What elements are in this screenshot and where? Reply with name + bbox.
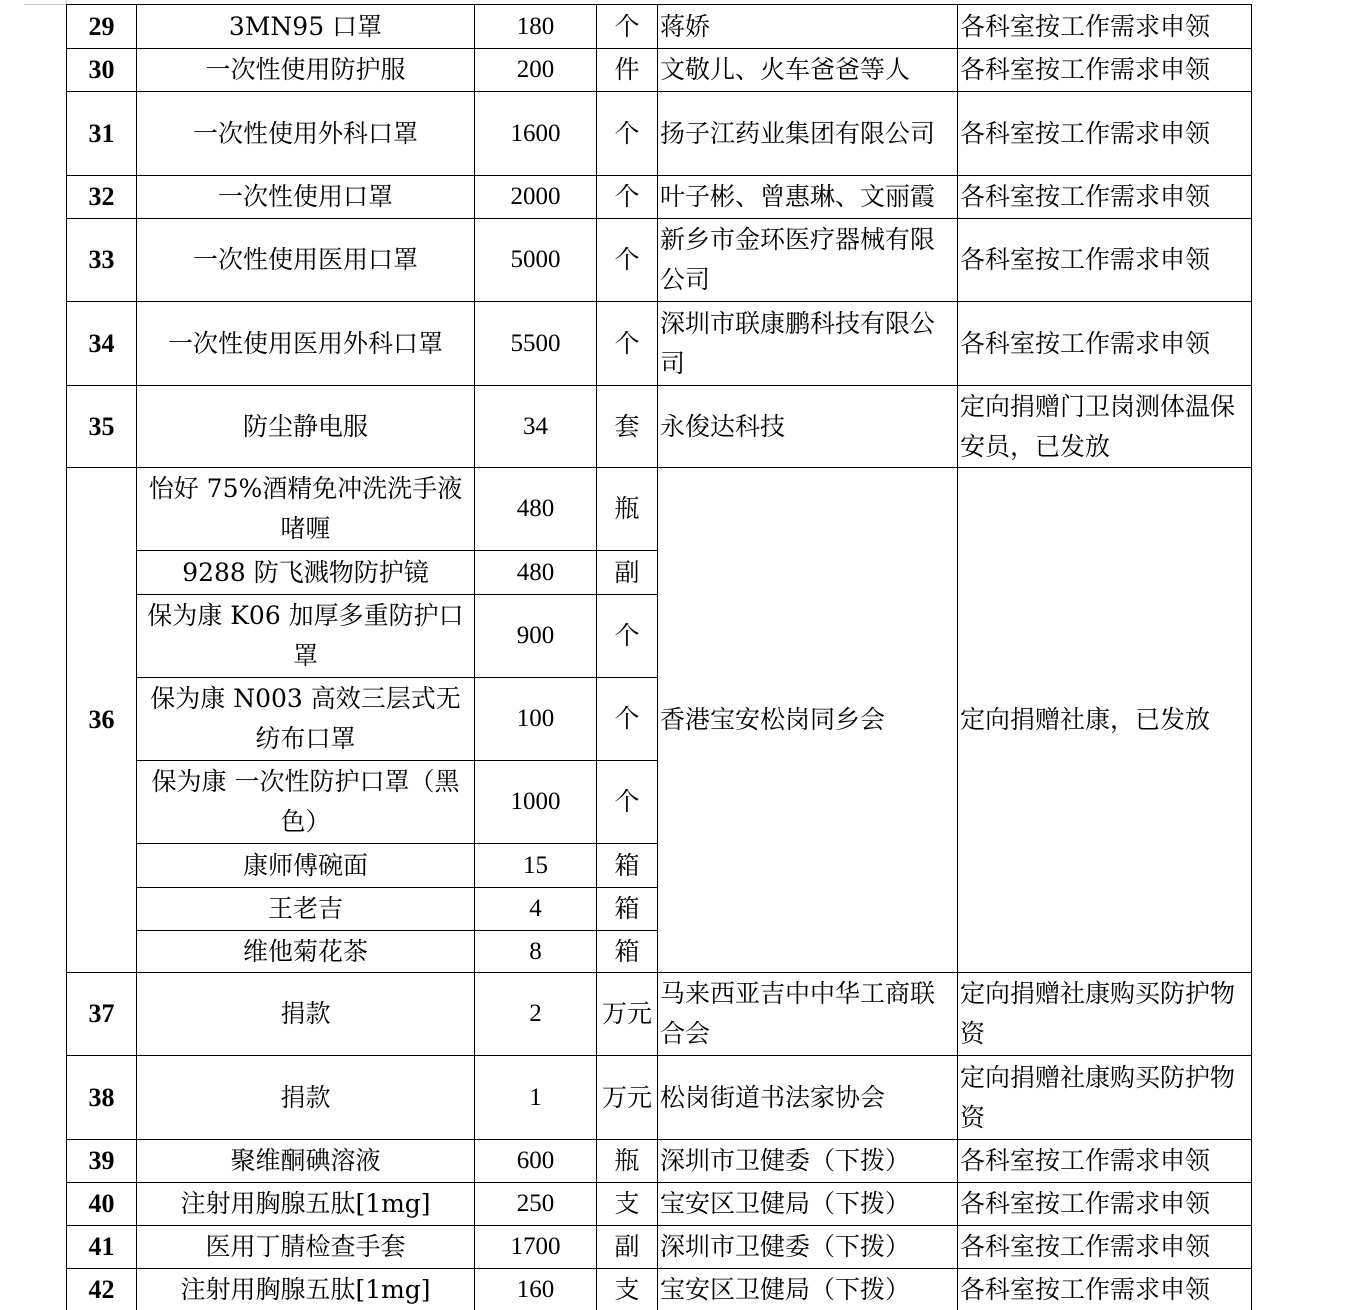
quantity: 1600 xyxy=(475,92,597,176)
unit: 个 xyxy=(597,595,658,678)
unit: 个 xyxy=(597,678,658,761)
donor: 扬子江药业集团有限公司 xyxy=(658,92,958,176)
note: 各科室按工作需求申领 xyxy=(958,1226,1252,1269)
donor: 马来西亚吉中中华工商联合会 xyxy=(658,973,958,1056)
row-number: 41 xyxy=(67,1226,137,1269)
note: 各科室按工作需求申领 xyxy=(958,49,1252,92)
table-row: 42 注射用胸腺五肽[1mg] 160 支 宝安区卫健局（下拨） 各科室按工作需… xyxy=(67,1269,1252,1310)
item-name: 3MN95 口罩 xyxy=(137,5,475,49)
item-name: 康师傅碗面 xyxy=(137,844,475,888)
quantity: 900 xyxy=(475,595,597,678)
note: 定向捐赠社康，已发放 xyxy=(958,468,1252,973)
row-number: 32 xyxy=(67,176,137,219)
donor: 松岗街道书法家协会 xyxy=(658,1056,958,1140)
note: 定向捐赠社康购买防护物资 xyxy=(958,973,1252,1056)
quantity: 8 xyxy=(475,931,597,973)
row-number: 42 xyxy=(67,1269,137,1310)
item-name: 一次性使用口罩 xyxy=(137,176,475,219)
table-row: 36 怡好 75%酒精免冲洗洗手液啫喱 480 瓶 香港宝安松岗同乡会 定向捐赠… xyxy=(67,468,1252,551)
item-name: 保为康 N003 高效三层式无纺布口罩 xyxy=(137,678,475,761)
donor: 深圳市卫健委（下拨） xyxy=(658,1226,958,1269)
item-name: 保为康 一次性防护口罩（黑色） xyxy=(137,761,475,844)
quantity: 4 xyxy=(475,888,597,931)
donor: 深圳市卫健委（下拨） xyxy=(658,1140,958,1183)
note: 各科室按工作需求申领 xyxy=(958,176,1252,219)
item-name: 一次性使用医用外科口罩 xyxy=(137,302,475,386)
unit: 支 xyxy=(597,1269,658,1310)
unit: 箱 xyxy=(597,888,658,931)
note: 各科室按工作需求申领 xyxy=(958,92,1252,176)
donor: 永俊达科技 xyxy=(658,386,958,468)
table-row: 33 一次性使用医用口罩 5000 个 新乡市金环医疗器械有限公司 各科室按工作… xyxy=(67,219,1252,302)
unit: 副 xyxy=(597,1226,658,1269)
item-name: 9288 防飞溅物防护镜 xyxy=(137,551,475,595)
table-row: 30 一次性使用防护服 200 件 文敬儿、火车爸爸等人 各科室按工作需求申领 xyxy=(67,49,1252,92)
unit: 箱 xyxy=(597,931,658,973)
item-name: 医用丁腈检查手套 xyxy=(137,1226,475,1269)
unit: 个 xyxy=(597,176,658,219)
item-name: 怡好 75%酒精免冲洗洗手液啫喱 xyxy=(137,468,475,551)
donation-table: 29 3MN95 口罩 180 个 蒋娇 各科室按工作需求申领 30 一次性使用… xyxy=(66,4,1252,1310)
quantity: 2000 xyxy=(475,176,597,219)
quantity: 250 xyxy=(475,1183,597,1226)
note: 定向捐赠门卫岗测体温保安员，已发放 xyxy=(958,386,1252,468)
unit: 套 xyxy=(597,386,658,468)
table-row: 40 注射用胸腺五肽[1mg] 250 支 宝安区卫健局（下拨） 各科室按工作需… xyxy=(67,1183,1252,1226)
item-name: 捐款 xyxy=(137,1056,475,1140)
unit: 瓶 xyxy=(597,468,658,551)
item-name: 注射用胸腺五肽[1mg] xyxy=(137,1269,475,1310)
quantity: 15 xyxy=(475,844,597,888)
unit: 副 xyxy=(597,551,658,595)
table-row: 29 3MN95 口罩 180 个 蒋娇 各科室按工作需求申领 xyxy=(67,5,1252,49)
note: 各科室按工作需求申领 xyxy=(958,1183,1252,1226)
row-number: 29 xyxy=(67,5,137,49)
unit: 个 xyxy=(597,5,658,49)
item-name: 捐款 xyxy=(137,973,475,1056)
note: 各科室按工作需求申领 xyxy=(958,1140,1252,1183)
quantity: 34 xyxy=(475,386,597,468)
page-corner-mark xyxy=(24,4,66,5)
table-row: 31 一次性使用外科口罩 1600 个 扬子江药业集团有限公司 各科室按工作需求… xyxy=(67,92,1252,176)
unit: 箱 xyxy=(597,844,658,888)
item-name: 聚维酮碘溶液 xyxy=(137,1140,475,1183)
donor: 蒋娇 xyxy=(658,5,958,49)
unit: 支 xyxy=(597,1183,658,1226)
donor: 文敬儿、火车爸爸等人 xyxy=(658,49,958,92)
item-name: 王老吉 xyxy=(137,888,475,931)
row-number: 35 xyxy=(67,386,137,468)
item-name: 保为康 K06 加厚多重防护口罩 xyxy=(137,595,475,678)
row-number: 36 xyxy=(67,468,137,973)
quantity: 600 xyxy=(475,1140,597,1183)
item-name: 一次性使用外科口罩 xyxy=(137,92,475,176)
quantity: 160 xyxy=(475,1269,597,1310)
unit: 万元 xyxy=(597,1056,658,1140)
quantity: 5000 xyxy=(475,219,597,302)
quantity: 100 xyxy=(475,678,597,761)
row-number: 40 xyxy=(67,1183,137,1226)
unit: 件 xyxy=(597,49,658,92)
donor: 深圳市联康鹏科技有限公司 xyxy=(658,302,958,386)
quantity: 200 xyxy=(475,49,597,92)
quantity: 1700 xyxy=(475,1226,597,1269)
table-row: 38 捐款 1 万元 松岗街道书法家协会 定向捐赠社康购买防护物资 xyxy=(67,1056,1252,1140)
item-name: 一次性使用医用口罩 xyxy=(137,219,475,302)
note: 各科室按工作需求申领 xyxy=(958,1269,1252,1310)
table-row: 32 一次性使用口罩 2000 个 叶子彬、曾惠琳、文丽霞 各科室按工作需求申领 xyxy=(67,176,1252,219)
row-number: 39 xyxy=(67,1140,137,1183)
unit: 瓶 xyxy=(597,1140,658,1183)
unit: 万元 xyxy=(597,973,658,1056)
row-number: 37 xyxy=(67,973,137,1056)
item-name: 注射用胸腺五肽[1mg] xyxy=(137,1183,475,1226)
row-number: 34 xyxy=(67,302,137,386)
unit: 个 xyxy=(597,302,658,386)
donor: 叶子彬、曾惠琳、文丽霞 xyxy=(658,176,958,219)
quantity: 1000 xyxy=(475,761,597,844)
donor: 香港宝安松岗同乡会 xyxy=(658,468,958,973)
donor: 新乡市金环医疗器械有限公司 xyxy=(658,219,958,302)
quantity: 1 xyxy=(475,1056,597,1140)
quantity: 180 xyxy=(475,5,597,49)
note: 各科室按工作需求申领 xyxy=(958,5,1252,49)
item-name: 维他菊花茶 xyxy=(137,931,475,973)
item-name: 一次性使用防护服 xyxy=(137,49,475,92)
item-name: 防尘静电服 xyxy=(137,386,475,468)
note: 各科室按工作需求申领 xyxy=(958,219,1252,302)
donor: 宝安区卫健局（下拨） xyxy=(658,1183,958,1226)
row-number: 38 xyxy=(67,1056,137,1140)
row-number: 30 xyxy=(67,49,137,92)
table-row: 39 聚维酮碘溶液 600 瓶 深圳市卫健委（下拨） 各科室按工作需求申领 xyxy=(67,1140,1252,1183)
unit: 个 xyxy=(597,92,658,176)
table-row: 37 捐款 2 万元 马来西亚吉中中华工商联合会 定向捐赠社康购买防护物资 xyxy=(67,973,1252,1056)
row-number: 31 xyxy=(67,92,137,176)
note: 各科室按工作需求申领 xyxy=(958,302,1252,386)
note: 定向捐赠社康购买防护物资 xyxy=(958,1056,1252,1140)
unit: 个 xyxy=(597,219,658,302)
donor: 宝安区卫健局（下拨） xyxy=(658,1269,958,1310)
quantity: 5500 xyxy=(475,302,597,386)
row-number: 33 xyxy=(67,219,137,302)
unit: 个 xyxy=(597,761,658,844)
quantity: 480 xyxy=(475,468,597,551)
table-row: 34 一次性使用医用外科口罩 5500 个 深圳市联康鹏科技有限公司 各科室按工… xyxy=(67,302,1252,386)
table-row: 35 防尘静电服 34 套 永俊达科技 定向捐赠门卫岗测体温保安员，已发放 xyxy=(67,386,1252,468)
quantity: 2 xyxy=(475,973,597,1056)
quantity: 480 xyxy=(475,551,597,595)
table-row: 41 医用丁腈检查手套 1700 副 深圳市卫健委（下拨） 各科室按工作需求申领 xyxy=(67,1226,1252,1269)
